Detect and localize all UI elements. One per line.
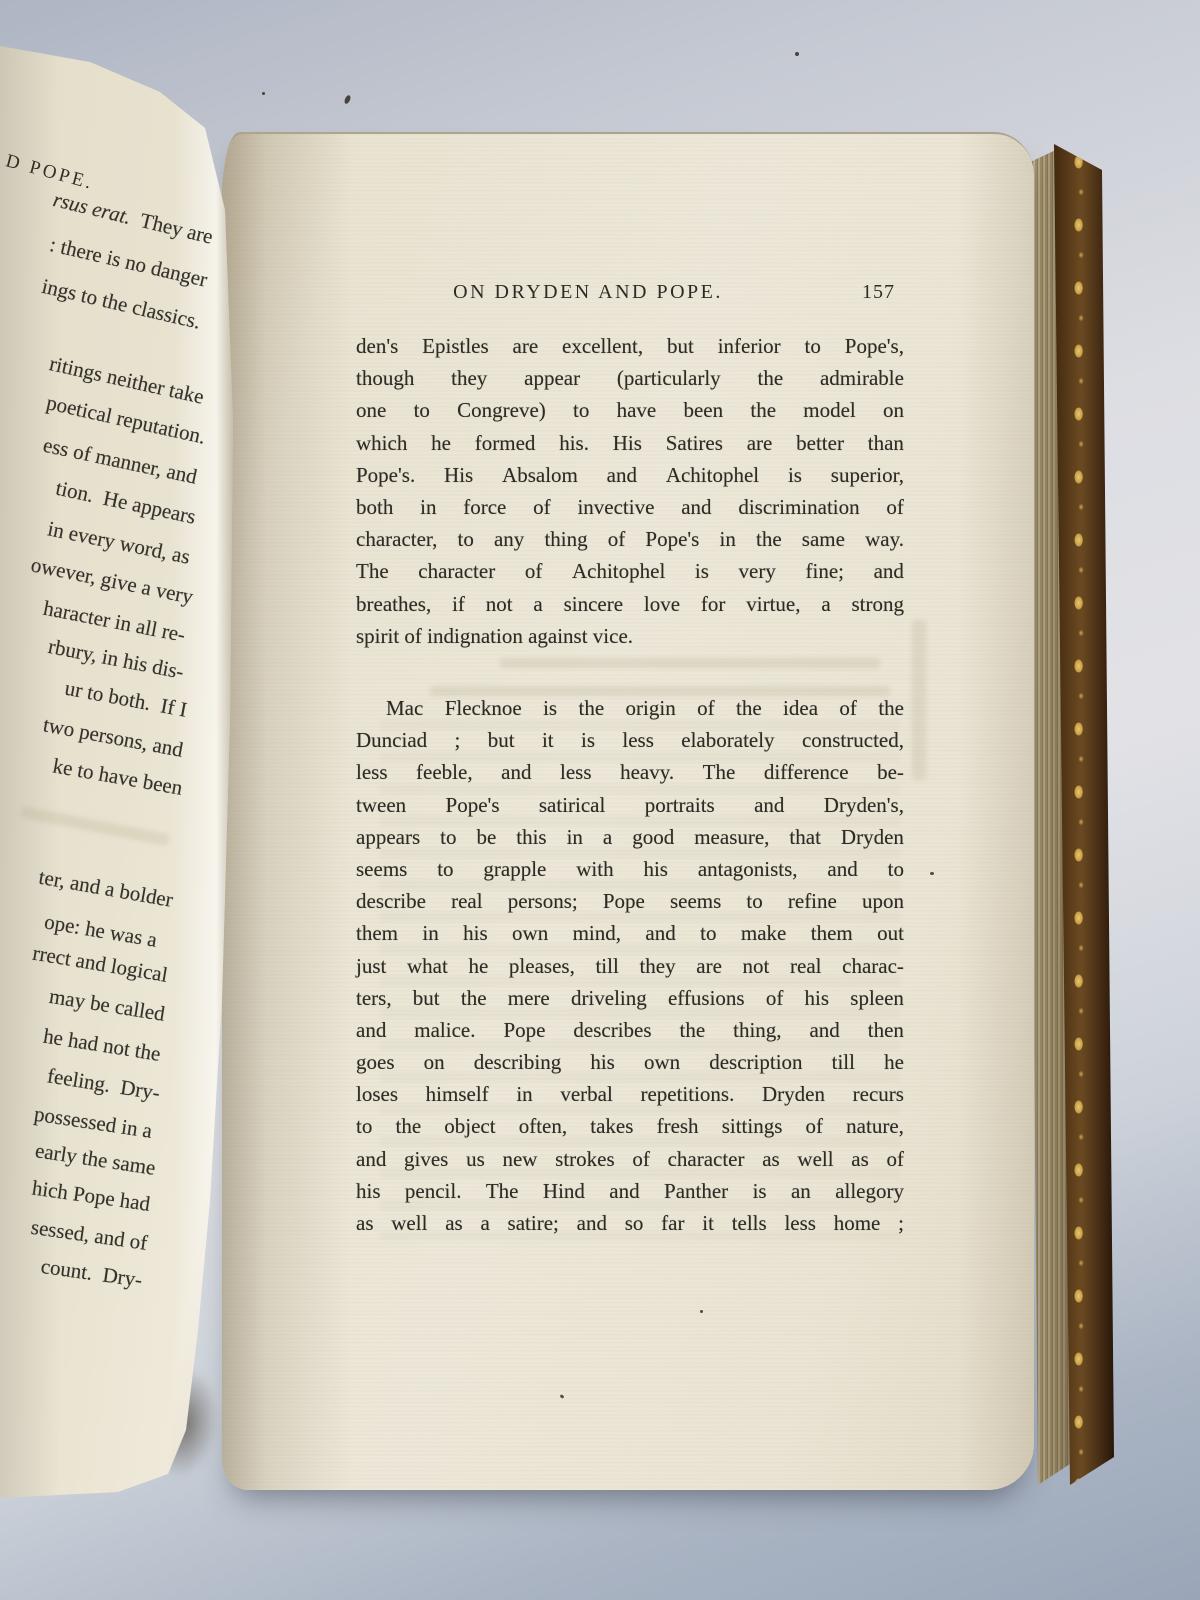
- dust-speck: [343, 94, 351, 104]
- text-line: onetoCongreve)tohavebeenthemodelon: [356, 394, 904, 426]
- dust-speck: [262, 92, 265, 95]
- text-line: MacFlecknoeistheoriginoftheideaofthe: [356, 692, 904, 724]
- text-line: ters,butthemeredrivelingeffusionsofhissp…: [356, 982, 904, 1014]
- text-line: totheobjectoften,takesfreshsittingsofnat…: [356, 1110, 904, 1142]
- text-line: character,toanythingofPope'sinthesameway…: [356, 523, 904, 555]
- text-line: andgivesusnewstrokesofcharacteraswellaso…: [356, 1143, 904, 1175]
- text-line: den'sEpistlesareexcellent,butinferiortoP…: [356, 330, 904, 362]
- show-through: [912, 620, 926, 780]
- text-line: theminhisownmind,andtomakethemout: [356, 917, 904, 949]
- text-line: lessfeeble,andlessheavy.Thedifferencebe-: [356, 756, 904, 788]
- text-line: breathes,ifnotasincereloveforvirtue,astr…: [356, 588, 904, 620]
- dust-speck: [700, 1310, 703, 1313]
- text-line: tweenPope'ssatiricalportraitsandDryden's…: [356, 789, 904, 821]
- paragraph-2: MacFlecknoeistheoriginoftheideaofthe Dun…: [356, 692, 904, 1239]
- dust-speck: [795, 52, 799, 56]
- text-line: spirit of indignation against vice.: [356, 620, 904, 652]
- text-line: Pope's.HisAbsalomandAchitophelissuperior…: [356, 459, 904, 491]
- text-line: loseshimselfinverbalrepetitions.Drydenre…: [356, 1078, 904, 1110]
- text-line: aswellasasatire;andsofarittellslesshome;: [356, 1207, 904, 1239]
- text-line: Dunciad;butitislesselaboratelyconstructe…: [356, 724, 904, 756]
- text-line: bothinforceofinvectiveanddiscriminationo…: [356, 491, 904, 523]
- text-line: goesondescribinghisowndescriptiontillhe: [356, 1046, 904, 1078]
- text-line: thoughtheyappear(particularlytheadmirabl…: [356, 362, 904, 394]
- text-line: appearstobethisinagoodmeasure,thatDryden: [356, 821, 904, 853]
- book-photo: ON DRYDEN AND POPE. 157 den'sEpistlesare…: [0, 0, 1200, 1600]
- text-line: ThecharacterofAchitophelisveryfine;and: [356, 555, 904, 587]
- text-line: andmalice.Popedescribesthething,andthen: [356, 1014, 904, 1046]
- text-line: justwhathepleases,tilltheyarenotrealchar…: [356, 950, 904, 982]
- running-header: ON DRYDEN AND POPE. 157: [358, 281, 903, 311]
- text-line: hispencil.TheHindandPantherisanallegory: [356, 1175, 904, 1207]
- text-line: whichheformedhis.HisSatiresarebetterthan: [356, 427, 904, 459]
- dust-speck: [930, 872, 934, 875]
- left-page: D POPE. rsus erat. They are : there is n…: [0, 0, 240, 1600]
- running-header-title: ON DRYDEN AND POPE.: [358, 281, 818, 304]
- show-through: [500, 658, 880, 668]
- page-number: 157: [862, 281, 895, 304]
- paragraph-1: den'sEpistlesareexcellent,butinferiortoP…: [356, 330, 904, 652]
- text-line: describerealpersons;Popeseemstorefineupo…: [356, 885, 904, 917]
- text-line: seemstograpplewithhisantagonists,andto: [356, 853, 904, 885]
